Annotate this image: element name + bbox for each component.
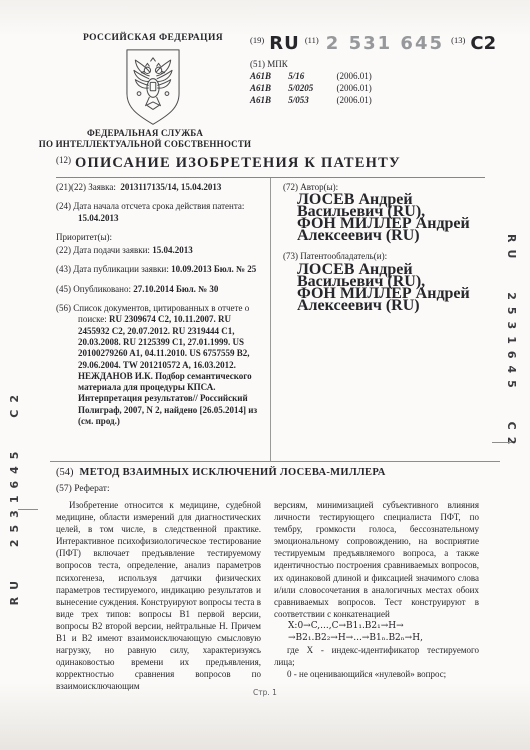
filing-date-field: (22) Дата подачи заявки: 15.04.2013 (56, 245, 262, 256)
country-name: РОССИЙСКАЯ ФЕДЕРАЦИЯ (58, 33, 248, 43)
formula-line-1: X:0→C,...,C→B1₁.B2₁→H→ (274, 620, 479, 632)
application-field: (21)(22) Заявка: 2013117135/14, 15.04.20… (56, 182, 262, 193)
inid-57: (57) (56, 484, 72, 494)
inid-43: (43) (56, 264, 71, 274)
published-value: 27.10.2014 Бюл. № 30 (133, 284, 218, 294)
publication-number: 2 531 645 (326, 33, 444, 54)
term-start-label: Дата начала отсчета срока действия патен… (73, 201, 244, 211)
kind-code: C2 (470, 33, 496, 54)
abstract-text-col2: версиям, минимизацией субъективного влия… (274, 499, 479, 620)
author-name: ФОН МИЛЛЕР Андрей Алексеевич (RU) (297, 218, 480, 242)
abstract-label-text: Реферат: (74, 484, 109, 494)
abstract-column-2: версиям, минимизацией субъективного влия… (274, 499, 479, 693)
left-margin-mark (18, 509, 38, 510)
inid-13: (13) (451, 35, 465, 45)
abstract-body: Изобретение относится к медицине, судебн… (56, 499, 480, 693)
inid-19: (19) (250, 35, 264, 45)
agency-name: ФЕДЕРАЛЬНАЯ СЛУЖБА ПО ИНТЕЛЛЕКТУАЛЬНОЙ С… (30, 128, 260, 149)
abstract-heading: (57) Реферат: (56, 484, 110, 494)
right-margin-mark (492, 442, 512, 443)
ipc-code-row: A61B 5/16 (2006.01) (250, 71, 478, 81)
abstract-divider (50, 461, 500, 462)
app-publication-label: Дата публикации заявки: (73, 264, 169, 274)
header-right-block: (19) RU (11) 2 531 645 (13) C2 (51) МПК … (250, 33, 478, 105)
inid-12: (12) (56, 155, 71, 165)
app-publication-value: 10.09.2013 Бюл. № 25 (171, 264, 256, 274)
inid-56: (56) (56, 303, 71, 313)
formula-legend-0: 0 - не оценивающийся «нулевой» вопрос; (274, 668, 479, 680)
priority-label: Приоритет(ы): (56, 232, 262, 243)
term-start-value: 15.04.2013 (78, 213, 119, 223)
inid-24: (24) (56, 201, 71, 211)
application-label: Заявка: (88, 182, 116, 192)
ipc-section: A61B (250, 71, 286, 81)
holders-label: Патентообладатель(и): (300, 251, 387, 261)
page-number: Стр. 1 (0, 688, 530, 697)
biblio-left-column: (21)(22) Заявка: 2013117135/14, 15.04.20… (56, 178, 270, 461)
agency-line-1: ФЕДЕРАЛЬНАЯ СЛУЖБА (30, 128, 260, 139)
invention-title-text: МЕТОД ВЗАИМНЫХ ИСКЛЮЧЕНИЙ ЛОСЕВА-МИЛЛЕРА (80, 467, 386, 478)
ipc-class: 5/16 (288, 71, 334, 81)
inid-73: (73) (283, 251, 298, 261)
document-type-title: (12) ОПИСАНИЕ ИЗОБРЕТЕНИЯ К ПАТЕНТУ (56, 154, 401, 172)
ipc-heading: (51) МПК (250, 59, 478, 69)
ipc-version: (2006.01) (337, 95, 372, 105)
right-edge-document-number: RU 2531645 C2 (505, 234, 518, 451)
abstract-column-1: Изобретение относится к медицине, судебн… (56, 499, 261, 693)
inid-22: (22) (56, 245, 71, 255)
inid-54: (54) (56, 467, 74, 478)
application-value: 2013117135/14, 15.04.2013 (120, 182, 221, 192)
country-code: RU (269, 33, 299, 54)
ipc-version: (2006.01) (337, 71, 372, 81)
cited-documents-field: (56) Список документов, цитированных в о… (56, 303, 262, 427)
coat-of-arms-icon (58, 48, 248, 133)
holders-names: ЛОСЕВ Андрей Васильевич (RU), ФОН МИЛЛЕР… (283, 264, 480, 312)
formula-legend-x: где X - индекс-идентификатор тестируемог… (274, 644, 479, 668)
ipc-label-text: МПК (267, 59, 288, 69)
ipc-code-row: A61B 5/053 (2006.01) (250, 95, 478, 105)
ipc-section: A61B (250, 95, 286, 105)
inid-11: (11) (305, 35, 319, 45)
header-left-block: РОССИЙСКАЯ ФЕДЕРАЦИЯ (58, 33, 248, 133)
agency-line-2: ПО ИНТЕЛЛЕКТУАЛЬНОЙ СОБСТВЕННОСТИ (30, 139, 260, 150)
inid-72: (72) (283, 182, 298, 192)
application-publication-field: (43) Дата публикации заявки: 10.09.2013 … (56, 264, 262, 275)
ipc-class: 5/053 (288, 95, 334, 105)
publication-number-line: (19) RU (11) 2 531 645 (13) C2 (250, 33, 478, 54)
published-label: Опубликовано: (73, 284, 131, 294)
cited-value: RU 2309674 C2, 10.11.2007. RU 2455932 C2… (78, 314, 257, 426)
ipc-code-row: A61B 5/0205 (2006.01) (250, 83, 478, 93)
ipc-class: 5/0205 (288, 83, 334, 93)
document-type-text: ОПИСАНИЕ ИЗОБРЕТЕНИЯ К ПАТЕНТУ (75, 155, 401, 171)
inid-45: (45) (56, 284, 71, 294)
left-edge-document-number: RU 2531645 C2 (8, 388, 21, 605)
bibliographic-section: (21)(22) Заявка: 2013117135/14, 15.04.20… (56, 178, 480, 461)
filing-label: Дата подачи заявки: (73, 245, 150, 255)
published-field: (45) Опубликовано: 27.10.2014 Бюл. № 30 (56, 284, 262, 295)
abstract-text-col1: Изобретение относится к медицине, судебн… (56, 499, 261, 693)
authors-names: ЛОСЕВ Андрей Васильевич (RU), ФОН МИЛЛЕР… (283, 194, 480, 242)
invention-title: (54)МЕТОД ВЗАИМНЫХ ИСКЛЮЧЕНИЙ ЛОСЕВА-МИЛ… (56, 467, 386, 478)
formula-line-2: →B2₁.B2₂→H→...→B1ₙ.B2ₙ→H, (274, 632, 479, 644)
filing-value: 15.04.2013 (152, 245, 193, 255)
inid-51: (51) (250, 59, 265, 69)
ipc-version: (2006.01) (337, 83, 372, 93)
ipc-section: A61B (250, 83, 286, 93)
holder-name: ЛОСЕВ Андрей Васильевич (RU), (297, 264, 480, 288)
biblio-right-column: (72) Автор(ы): ЛОСЕВ Андрей Васильевич (… (270, 178, 480, 461)
inid-2122: (21)(22) (56, 182, 86, 192)
holder-name: ФОН МИЛЛЕР Андрей Алексеевич (RU) (297, 288, 480, 312)
patent-document-page: RU 2531645 C2 RU 2531645 C2 РОССИЙСКАЯ Ф… (0, 0, 530, 750)
term-start-field: (24) Дата начала отсчета срока действия … (56, 201, 262, 224)
